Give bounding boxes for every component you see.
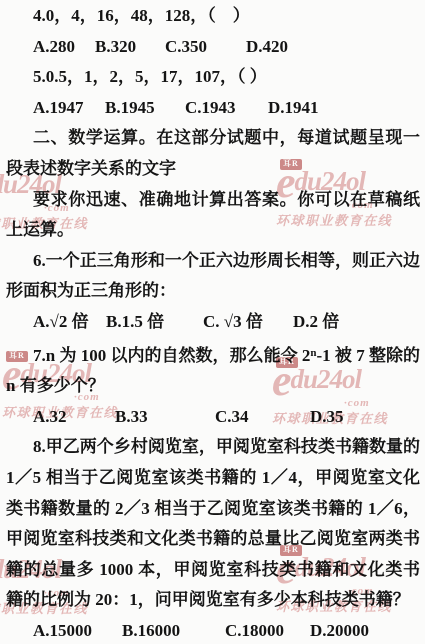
question-8-stem: 8.甲乙两个乡村阅览室，甲阅览室科技类书籍数量的 1／5 相当于乙阅览室该类书籍… [6,432,420,616]
section-intro-text-2: 要求你迅速、准确地计算出答案。你可以在草稿纸上运算。 [6,190,420,240]
section-intro-text-1: 二、数学运算。在这部分试题中，每道试题呈现一段表述数字关系的文字 [6,128,420,178]
question-8-options: A.15000B.16000C.18000D.20000 [6,616,420,644]
option-a: A.15000 [33,616,122,644]
option-c: C.18000 [225,616,310,644]
question-5-text: 5.0.5，1，2，5，17，107，（ ） [33,67,267,86]
option-c: C. √3 倍 [203,307,293,338]
option-a: A.32 [33,402,115,433]
question-7-text-before: 7.n 为 100 以内的自然数，那么能令 2 [33,346,310,365]
option-a: A.√2 倍 [33,307,106,338]
option-c: C.1943 [185,93,268,124]
question-5-stem: 5.0.5，1，2，5，17，107，（ ） [6,62,420,93]
exam-document: 4.0，4，16，48，128，（ ） A.280B.320C.350D.420… [0,0,425,644]
question-4-stem: 4.0，4，16，48，128，（ ） [6,1,420,32]
option-c: C.350 [165,32,246,63]
option-d: D.1941 [268,93,319,124]
option-d: D.420 [246,32,288,63]
question-6-stem: 6.一个正三角形和一个正六边形周长相等，则正六边形面积为正三角形的： [6,246,420,307]
option-d: D.35 [310,402,344,433]
option-b: B.1.5 倍 [106,307,203,338]
option-d: D.2 倍 [293,307,339,338]
question-4-text: 4.0，4，16，48，128，（ ） [33,6,250,25]
question-6-options: A.√2 倍B.1.5 倍C. √3 倍D.2 倍 [6,307,420,338]
option-a: A.280 [33,32,95,63]
question-7-options: A.32B.33C.34D.35 [6,402,420,433]
question-4-options: A.280B.320C.350D.420 [6,32,420,63]
option-a: A.1947 [33,93,105,124]
option-c: C.34 [215,402,310,433]
question-8-text: 8.甲乙两个乡村阅览室，甲阅览室科技类书籍数量的 1／5 相当于乙阅览室该类书籍… [6,437,420,609]
option-b: B.33 [115,402,215,433]
section-intro-paragraph-1: 二、数学运算。在这部分试题中，每道试题呈现一段表述数字关系的文字 [6,123,420,184]
section-intro-paragraph-2: 要求你迅速、准确地计算出答案。你可以在草稿纸上运算。 [6,185,420,246]
question-5-options: A.1947B.1945C.1943D.1941 [6,93,420,124]
option-b: B.16000 [122,616,225,644]
question-7-stem: 7.n 为 100 以内的自然数，那么能令 2n-1 被 7 整除的 n 有多少… [6,338,420,402]
option-b: B.1945 [105,93,185,124]
scanned-exam-page: 4.0，4，16，48，128，（ ） A.280B.320C.350D.420… [0,0,425,644]
option-d: D.20000 [310,616,369,644]
question-6-text: 6.一个正三角形和一个正六边形周长相等，则正六边形面积为正三角形的： [6,251,420,301]
option-b: B.320 [95,32,165,63]
